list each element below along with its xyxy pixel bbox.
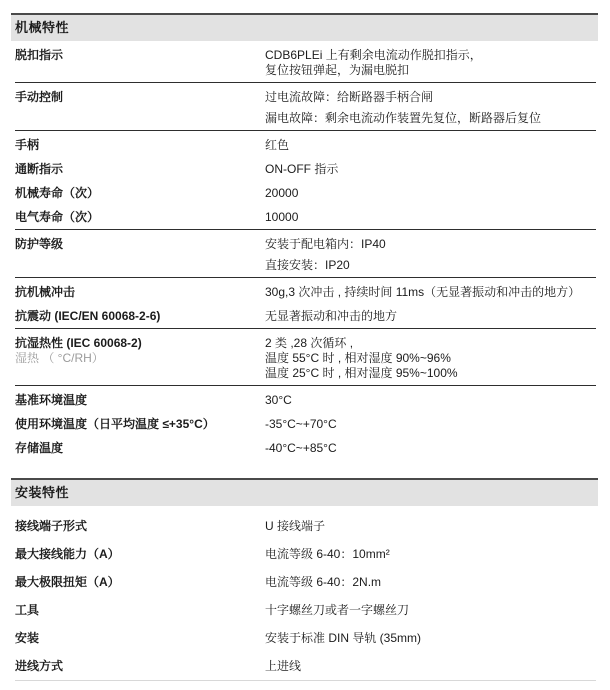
spec-value-paragraph: 漏电故障：剩余电流动作装置先复位，断路器后复位 <box>265 111 596 126</box>
spec-label: 抗湿热性 (IEC 60068-2) <box>15 336 255 351</box>
spec-label-cell: 工具 <box>15 603 265 618</box>
spec-value-line: 直接安装：IP20 <box>265 258 596 273</box>
spec-row: 工具十字螺丝刀或者一字螺丝刀 <box>15 603 596 618</box>
spec-label: 手动控制 <box>15 90 255 105</box>
spec-value-cell: ON-OFF 指示 <box>265 162 596 177</box>
spec-value-line: 30g,3 次冲击 , 持续时间 11ms（无显著振动和冲击的地方） <box>265 285 596 300</box>
spec-value-line: 漏电故障：剩余电流动作装置先复位，断路器后复位 <box>265 111 596 126</box>
spec-group: 防护等级安装于配电箱内：IP40直接安装：IP20 <box>15 230 596 278</box>
spec-group: 手柄红色通断指示ON-OFF 指示机械寿命（次）20000电气寿命（次）1000… <box>15 131 596 230</box>
section-install: 安装特性接线端子形式U 接线端子最大接线能力（A）电流等级 6-40：10mm²… <box>11 478 598 681</box>
spec-value-paragraph: 直接安装：IP20 <box>265 258 596 273</box>
spec-value-line: 无显著振动和冲击的地方 <box>265 309 596 324</box>
spec-label: 机械寿命（次） <box>15 186 255 201</box>
spec-group: 脱扣指示CDB6PLEi 上有剩余电流动作脱扣指示，复位按钮弹起，为漏电脱扣 <box>15 41 596 83</box>
spec-label-cell: 接线端子形式 <box>15 519 265 534</box>
spec-group: 抗机械冲击30g,3 次冲击 , 持续时间 11ms（无显著振动和冲击的地方）抗… <box>15 278 596 329</box>
spec-value-line: U 接线端子 <box>265 519 596 534</box>
spec-value-line: -35°C~+70°C <box>265 417 596 432</box>
spec-value-paragraph: 无显著振动和冲击的地方 <box>265 309 596 324</box>
spec-row: 手动控制过电流故障：给断路器手柄合闸漏电故障：剩余电流动作装置先复位，断路器后复… <box>15 90 596 126</box>
spec-value-paragraph: CDB6PLEi 上有剩余电流动作脱扣指示，复位按钮弹起，为漏电脱扣 <box>265 48 596 78</box>
spec-value-cell: 红色 <box>265 138 596 153</box>
spec-value-line: 温度 55°C 时 , 相对湿度 90%~96% <box>265 351 596 366</box>
spec-row: 基准环境温度30°C <box>15 393 596 408</box>
spec-row: 通断指示ON-OFF 指示 <box>15 162 596 177</box>
spec-value-line: 过电流故障：给断路器手柄合闸 <box>265 90 596 105</box>
spec-row: 接线端子形式U 接线端子 <box>15 519 596 534</box>
spec-label: 接线端子形式 <box>15 519 255 534</box>
spec-value-paragraph: 30g,3 次冲击 , 持续时间 11ms（无显著振动和冲击的地方） <box>265 285 596 300</box>
spec-value-cell: 20000 <box>265 186 596 201</box>
spec-sublabel: 湿热 （ °C/RH） <box>15 351 255 366</box>
spec-row: 安装安装于标准 DIN 导轨 (35mm) <box>15 631 596 646</box>
spec-value-line: 十字螺丝刀或者一字螺丝刀 <box>265 603 596 618</box>
spec-group: 基准环境温度30°C使用环境温度（日平均温度 ≤+35°C）-35°C~+70°… <box>15 386 596 456</box>
spec-value-line: 30°C <box>265 393 596 408</box>
section-body: 接线端子形式U 接线端子最大接线能力（A）电流等级 6-40：10mm²最大极限… <box>11 506 598 681</box>
spec-label-cell: 机械寿命（次） <box>15 186 265 201</box>
spec-label-cell: 基准环境温度 <box>15 393 265 408</box>
section-mechanical: 机械特性脱扣指示CDB6PLEi 上有剩余电流动作脱扣指示，复位按钮弹起，为漏电… <box>11 13 598 456</box>
spec-value-paragraph: 20000 <box>265 186 596 201</box>
spec-value-cell: 10000 <box>265 210 596 225</box>
spec-value-paragraph: 红色 <box>265 138 596 153</box>
spec-label-cell: 安装 <box>15 631 265 646</box>
spec-row: 机械寿命（次）20000 <box>15 186 596 201</box>
spec-value-paragraph: 电流等级 6-40：2N.m <box>265 575 596 590</box>
spec-value-paragraph: 过电流故障：给断路器手柄合闸 <box>265 90 596 105</box>
spec-group: 抗湿热性 (IEC 60068-2)湿热 （ °C/RH）2 类 ,28 次循环… <box>15 329 596 386</box>
spec-value-paragraph: -35°C~+70°C <box>265 417 596 432</box>
spec-label-cell: 最大极限扭矩（A） <box>15 575 265 590</box>
spec-row: 脱扣指示CDB6PLEi 上有剩余电流动作脱扣指示，复位按钮弹起，为漏电脱扣 <box>15 48 596 78</box>
spec-label-cell: 存储温度 <box>15 441 265 456</box>
spec-value-cell: U 接线端子 <box>265 519 596 534</box>
spec-label-cell: 最大接线能力（A） <box>15 547 265 562</box>
section-title: 机械特性 <box>15 20 594 35</box>
spec-value-cell: 30°C <box>265 393 596 408</box>
spec-value-cell: 过电流故障：给断路器手柄合闸漏电故障：剩余电流动作装置先复位，断路器后复位 <box>265 90 596 126</box>
spec-group: 接线端子形式U 接线端子最大接线能力（A）电流等级 6-40：10mm²最大极限… <box>15 506 596 681</box>
section-header: 安装特性 <box>11 478 598 506</box>
spec-value-line: 复位按钮弹起，为漏电脱扣 <box>265 63 596 78</box>
spec-row: 电气寿命（次）10000 <box>15 210 596 225</box>
spec-value-line: 20000 <box>265 186 596 201</box>
spec-label: 工具 <box>15 603 255 618</box>
spec-document: 机械特性脱扣指示CDB6PLEi 上有剩余电流动作脱扣指示，复位按钮弹起，为漏电… <box>0 0 610 690</box>
spec-value-paragraph: 10000 <box>265 210 596 225</box>
spec-value-line: 红色 <box>265 138 596 153</box>
spec-value-paragraph: -40°C~+85°C <box>265 441 596 456</box>
spec-label-cell: 抗湿热性 (IEC 60068-2)湿热 （ °C/RH） <box>15 336 265 366</box>
spec-value-cell: 上进线 <box>265 659 596 674</box>
spec-value-cell: 十字螺丝刀或者一字螺丝刀 <box>265 603 596 618</box>
spec-value-line: 电流等级 6-40：2N.m <box>265 575 596 590</box>
spec-label: 基准环境温度 <box>15 393 255 408</box>
spec-value-cell: 电流等级 6-40：10mm² <box>265 547 596 562</box>
spec-label: 脱扣指示 <box>15 48 255 63</box>
spec-label: 抗机械冲击 <box>15 285 255 300</box>
spec-value-paragraph: ON-OFF 指示 <box>265 162 596 177</box>
spec-value-line: 2 类 ,28 次循环 , <box>265 336 596 351</box>
spec-value-line: 上进线 <box>265 659 596 674</box>
spec-value-cell: 安装于标准 DIN 导轨 (35mm) <box>265 631 596 646</box>
spec-value-paragraph: 安装于标准 DIN 导轨 (35mm) <box>265 631 596 646</box>
spec-value-line: -40°C~+85°C <box>265 441 596 456</box>
spec-row: 最大接线能力（A）电流等级 6-40：10mm² <box>15 547 596 562</box>
spec-value-paragraph: 安装于配电箱内：IP40 <box>265 237 596 252</box>
spec-label: 手柄 <box>15 138 255 153</box>
spec-label: 最大极限扭矩（A） <box>15 575 255 590</box>
spec-value-line: ON-OFF 指示 <box>265 162 596 177</box>
spec-label-cell: 进线方式 <box>15 659 265 674</box>
spec-value-cell: 安装于配电箱内：IP40直接安装：IP20 <box>265 237 596 273</box>
spec-value-line: 温度 25°C 时 , 相对湿度 95%~100% <box>265 366 596 381</box>
spec-value-paragraph: 30°C <box>265 393 596 408</box>
spec-value-line: 10000 <box>265 210 596 225</box>
spec-label-cell: 电气寿命（次） <box>15 210 265 225</box>
spec-label-cell: 抗震动 (IEC/EN 60068-2-6) <box>15 309 265 324</box>
spec-value-cell: -35°C~+70°C <box>265 417 596 432</box>
spec-value-line: CDB6PLEi 上有剩余电流动作脱扣指示， <box>265 48 596 63</box>
section-header: 机械特性 <box>11 13 598 41</box>
spec-row: 进线方式上进线 <box>15 659 596 674</box>
spec-label: 防护等级 <box>15 237 255 252</box>
spec-label-cell: 通断指示 <box>15 162 265 177</box>
spec-label-cell: 手动控制 <box>15 90 265 105</box>
spec-row: 最大极限扭矩（A）电流等级 6-40：2N.m <box>15 575 596 590</box>
spec-value-line: 电流等级 6-40：10mm² <box>265 547 596 562</box>
spec-group: 手动控制过电流故障：给断路器手柄合闸漏电故障：剩余电流动作装置先复位，断路器后复… <box>15 83 596 131</box>
spec-label-cell: 手柄 <box>15 138 265 153</box>
spec-row: 防护等级安装于配电箱内：IP40直接安装：IP20 <box>15 237 596 273</box>
spec-label: 安装 <box>15 631 255 646</box>
spec-row: 存储温度-40°C~+85°C <box>15 441 596 456</box>
spec-label: 抗震动 (IEC/EN 60068-2-6) <box>15 309 255 324</box>
spec-value-cell: -40°C~+85°C <box>265 441 596 456</box>
spec-label: 存储温度 <box>15 441 255 456</box>
spec-row: 使用环境温度（日平均温度 ≤+35°C）-35°C~+70°C <box>15 417 596 432</box>
spec-value-cell: 无显著振动和冲击的地方 <box>265 309 596 324</box>
spec-value-paragraph: 上进线 <box>265 659 596 674</box>
spec-value-paragraph: 电流等级 6-40：10mm² <box>265 547 596 562</box>
spec-label-cell: 抗机械冲击 <box>15 285 265 300</box>
spec-label: 最大接线能力（A） <box>15 547 255 562</box>
spec-value-line: 安装于配电箱内：IP40 <box>265 237 596 252</box>
spec-value-paragraph: 2 类 ,28 次循环 ,温度 55°C 时 , 相对湿度 90%~96%温度 … <box>265 336 596 381</box>
spec-value-cell: CDB6PLEi 上有剩余电流动作脱扣指示，复位按钮弹起，为漏电脱扣 <box>265 48 596 78</box>
spec-label: 进线方式 <box>15 659 255 674</box>
spec-row: 手柄红色 <box>15 138 596 153</box>
spec-row: 抗湿热性 (IEC 60068-2)湿热 （ °C/RH）2 类 ,28 次循环… <box>15 336 596 381</box>
spec-label-cell: 使用环境温度（日平均温度 ≤+35°C） <box>15 417 265 432</box>
spec-value-line: 安装于标准 DIN 导轨 (35mm) <box>265 631 596 646</box>
spec-value-paragraph: U 接线端子 <box>265 519 596 534</box>
spec-row: 抗机械冲击30g,3 次冲击 , 持续时间 11ms（无显著振动和冲击的地方） <box>15 285 596 300</box>
spec-label-cell: 防护等级 <box>15 237 265 252</box>
spec-value-paragraph: 十字螺丝刀或者一字螺丝刀 <box>265 603 596 618</box>
spec-value-cell: 30g,3 次冲击 , 持续时间 11ms（无显著振动和冲击的地方） <box>265 285 596 300</box>
spec-label: 使用环境温度（日平均温度 ≤+35°C） <box>15 417 255 432</box>
spec-row: 抗震动 (IEC/EN 60068-2-6)无显著振动和冲击的地方 <box>15 309 596 324</box>
spec-label-cell: 脱扣指示 <box>15 48 265 63</box>
spec-value-cell: 电流等级 6-40：2N.m <box>265 575 596 590</box>
section-body: 脱扣指示CDB6PLEi 上有剩余电流动作脱扣指示，复位按钮弹起，为漏电脱扣手动… <box>11 41 598 456</box>
spec-value-cell: 2 类 ,28 次循环 ,温度 55°C 时 , 相对湿度 90%~96%温度 … <box>265 336 596 381</box>
spec-label: 电气寿命（次） <box>15 210 255 225</box>
spec-label: 通断指示 <box>15 162 255 177</box>
section-title: 安装特性 <box>15 485 594 500</box>
